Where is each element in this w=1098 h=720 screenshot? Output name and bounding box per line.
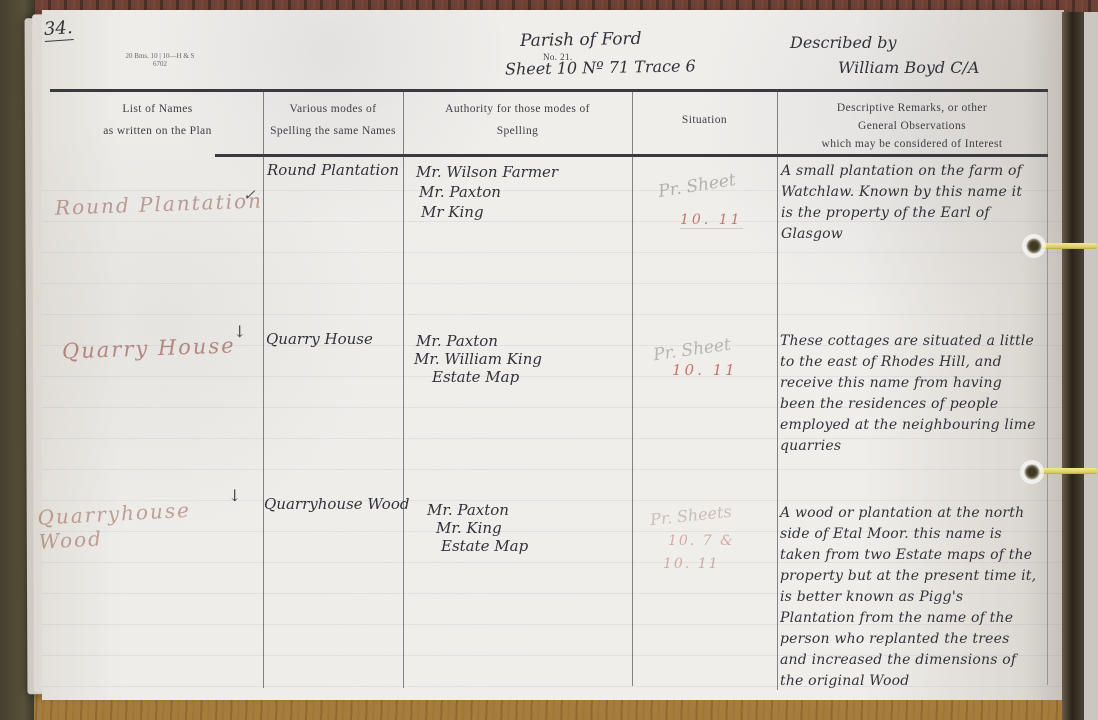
header-line: Various modes of xyxy=(266,103,400,115)
row-authority-line: Mr King xyxy=(421,203,484,221)
binding-hole xyxy=(1026,238,1042,254)
header-line: General Observations xyxy=(780,117,1044,135)
row-remarks: A wood or plantation at the north side o… xyxy=(780,503,1040,692)
row-authority-line: Estate Map xyxy=(432,368,519,386)
row-situation-numbers: 10. 11 xyxy=(680,212,743,229)
row-authority-line: Mr. Wilson Farmer xyxy=(416,163,558,181)
header-line: List of Names xyxy=(60,103,255,115)
row-authority-line: Mr. Paxton xyxy=(419,183,501,201)
column-header-authority: Authority for those modes of Spelling xyxy=(406,103,629,137)
page-number: 34. xyxy=(43,17,73,42)
row-remarks: These cottages are situated a little to … xyxy=(780,331,1040,457)
header-line: as written on the Plan xyxy=(60,125,255,137)
column-divider xyxy=(777,90,778,690)
row-authority-line: Mr. Paxton xyxy=(427,501,509,519)
form-stamp-line2: 6702 xyxy=(100,60,220,68)
column-divider xyxy=(403,90,404,688)
sheet-reference: Sheet 10 Nº 71 Trace 6 xyxy=(505,56,696,78)
row-authority-line: Mr. William King xyxy=(414,350,542,368)
describer-name: William Boyd C/A xyxy=(838,58,979,77)
column-header-spelling-modes: Various modes of Spelling the same Names xyxy=(266,103,400,137)
row-situation-numbers: 10. 11 xyxy=(663,556,720,572)
parish-title: Parish of Ford xyxy=(520,29,642,51)
header-line: Spelling xyxy=(406,125,629,137)
column-header-names: List of Names as written on the Plan xyxy=(60,103,255,137)
column-header-situation: Situation xyxy=(635,114,774,126)
row-authority-line: Mr. King xyxy=(436,519,502,537)
row-authority-line: Estate Map xyxy=(441,537,528,555)
row-spelling-entry: Quarryhouse Wood xyxy=(264,495,409,513)
column-header-remarks: Descriptive Remarks, or other General Ob… xyxy=(780,99,1044,153)
form-stamp: 20 Bms. 10 | 10—H & S 6702 xyxy=(100,52,220,68)
column-divider xyxy=(632,90,633,686)
row-spelling-entry: Round Plantation xyxy=(267,161,399,179)
down-arrow-mark: ↓ xyxy=(233,322,246,341)
checkmark: ✓ xyxy=(243,186,256,204)
header-line: Descriptive Remarks, or other xyxy=(780,99,1044,117)
row-remarks: A small plantation on the farm of Watchl… xyxy=(781,161,1037,245)
board-edge xyxy=(1084,12,1098,720)
binding-edge-shadow xyxy=(1062,12,1084,720)
binding-string xyxy=(1036,243,1098,249)
row-authority-line: Mr. Paxton xyxy=(416,332,498,350)
header-line: Authority for those modes of xyxy=(406,103,629,115)
column-divider xyxy=(263,90,264,688)
down-arrow-mark: ↓ xyxy=(228,486,241,505)
binding-hole xyxy=(1024,464,1040,480)
scanned-name-book-page: 34. 20 Bms. 10 | 10—H & S 6702 Parish of… xyxy=(0,0,1098,720)
header-line: Situation xyxy=(635,114,774,126)
described-by-label: Described by xyxy=(790,33,897,52)
row-situation-numbers: 10. 11 xyxy=(672,361,738,379)
table-right-rule xyxy=(1047,90,1048,685)
table-top-rule xyxy=(50,89,1048,92)
form-stamp-line1: 20 Bms. 10 | 10—H & S xyxy=(100,52,220,60)
row-situation-numbers: 10. 7 & xyxy=(668,533,735,549)
binding-string xyxy=(1034,468,1098,474)
header-line: Spelling the same Names xyxy=(266,125,400,137)
header-line: which may be considered of Interest xyxy=(780,135,1044,153)
row-spelling-entry: Quarry House xyxy=(266,330,373,348)
